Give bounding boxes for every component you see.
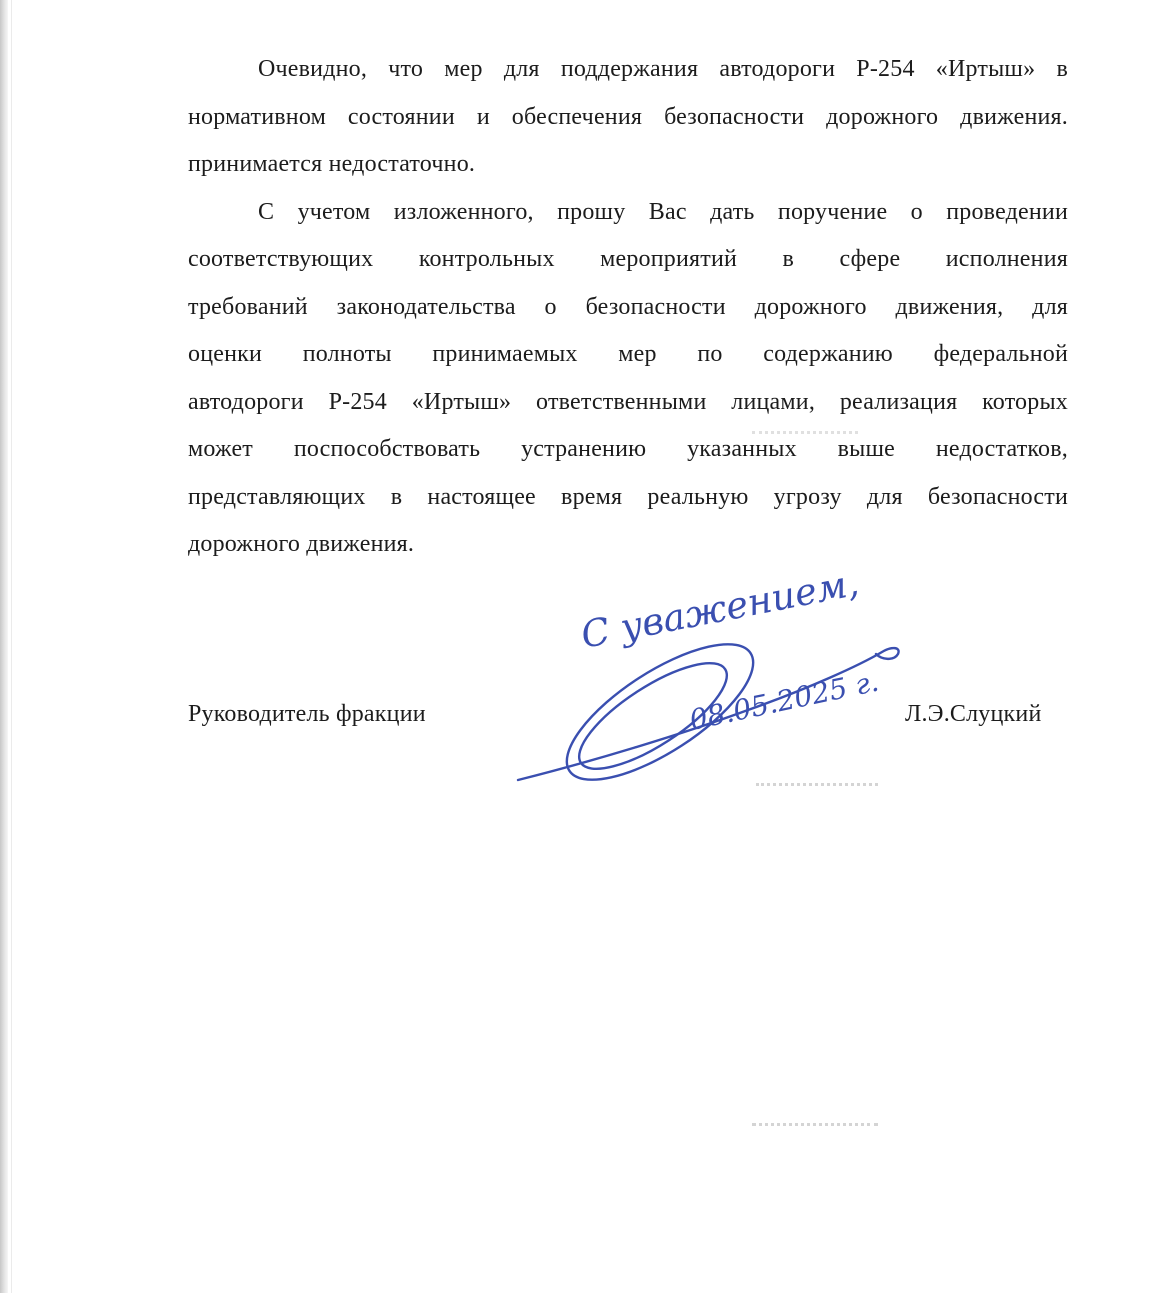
text-line: соответствующих контрольных мероприятий …: [188, 236, 1068, 284]
scan-artifact-dots: [752, 1123, 878, 1126]
paragraph-2: С учетом изложенного, прошу Вас дать пор…: [188, 189, 1068, 569]
position-title: Руководитель фракции: [188, 691, 426, 739]
letter-body: Очевидно, что мер для поддержания автодо…: [188, 46, 1068, 569]
text-line: принимается недостаточно.: [188, 141, 1068, 189]
text-line: автодороги Р-254 «Иртыш» ответственными …: [188, 379, 1068, 427]
scan-artifact-dots: [756, 783, 878, 786]
scanned-letter-page: Очевидно, что мер для поддержания автодо…: [0, 0, 1150, 1293]
text-line: может поспособствовать устранению указан…: [188, 426, 1068, 474]
text-line: Очевидно, что мер для поддержания автодо…: [188, 46, 1068, 94]
scan-edge-strip: [0, 0, 8, 1293]
text-line: оценки полноты принимаемых мер по содерж…: [188, 331, 1068, 379]
scan-edge-line: [11, 0, 12, 1293]
handwritten-date: 08.05.2025 г.: [687, 665, 882, 737]
scan-artifact-dots: [752, 431, 858, 434]
signature-flourish: С уважением, 08.05.2025 г.: [480, 550, 920, 805]
text-line: представляющих в настоящее время реальну…: [188, 474, 1068, 522]
paragraph-1: Очевидно, что мер для поддержания автодо…: [188, 46, 1068, 189]
text-line: нормативном состоянии и обеспечения безо…: [188, 94, 1068, 142]
text-line: требований законодательства о безопаснос…: [188, 284, 1068, 332]
signer-name: Л.Э.Слуцкий: [905, 691, 1042, 739]
text-line: С учетом изложенного, прошу Вас дать пор…: [188, 189, 1068, 237]
handwritten-closing: С уважением,: [578, 561, 863, 657]
